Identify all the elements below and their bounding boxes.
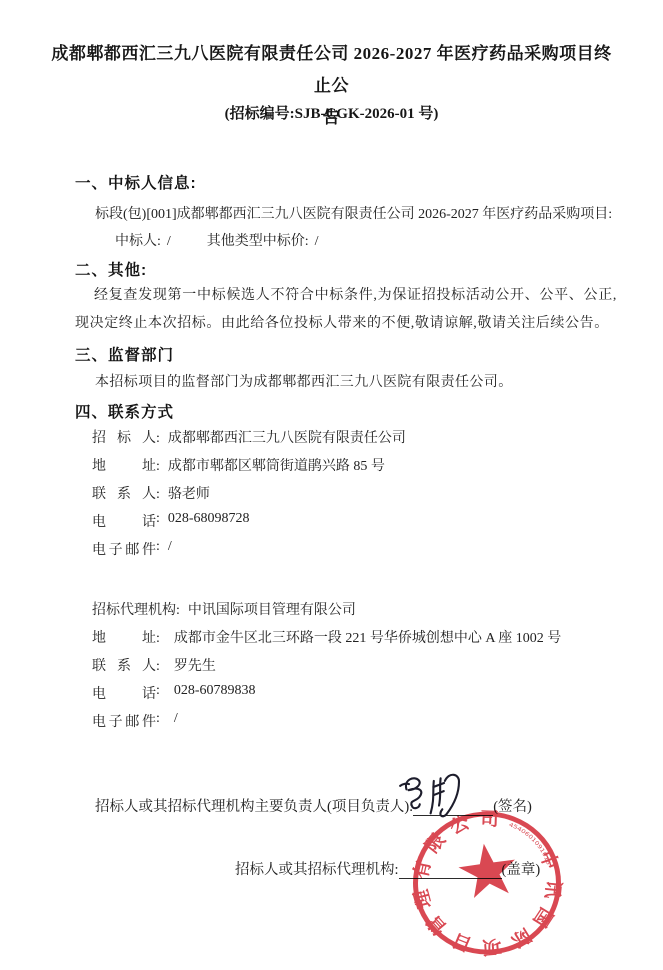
contact-row-email: 电子邮件:/ — [92, 711, 561, 739]
contact-value: 成都市郫都区郫筒街道鹃兴路 85 号 — [168, 459, 385, 474]
agency-contact-block: 招标代理机构:中讯国际项目管理有限公司 地址:成都市金牛区北三环路一段 221 … — [92, 599, 561, 739]
contact-row-person: 联系人:骆老师 — [92, 483, 406, 511]
contact-label: 电子邮件 — [92, 711, 156, 731]
contact-row-person: 联系人:罗先生 — [92, 655, 561, 683]
supervision-body: 本招标项目的监督部门为成都郫都西汇三九八医院有限责任公司。 — [95, 371, 513, 391]
section-heading-contact: 四、联系方式 — [75, 400, 174, 422]
contact-colon: : — [156, 631, 160, 646]
contact-label: 电话 — [92, 511, 156, 531]
contact-value: 成都郫都西汇三九八医院有限责任公司 — [168, 431, 406, 446]
contact-value: / — [168, 539, 172, 554]
winner-values-line: 中标人:/其他类型中标价:/ — [115, 230, 319, 250]
contact-colon: : — [156, 683, 160, 698]
contact-label: 电子邮件 — [92, 539, 156, 559]
contact-label: 招标人 — [92, 427, 156, 447]
contact-value: / — [174, 711, 178, 726]
agency-signoff-label: 招标人或其招标代理机构: — [235, 862, 399, 878]
price-value: / — [315, 234, 319, 249]
contact-value: 成都市金牛区北三环路一段 221 号华侨城创想中心 A 座 1002 号 — [174, 631, 561, 646]
contact-colon: : — [156, 459, 160, 474]
contact-row-email: 电子邮件:/ — [92, 539, 406, 567]
contact-row-phone: 电话:028-60789838 — [92, 683, 561, 711]
contact-colon: : — [156, 711, 160, 726]
announcement-document-page: 成都郫都西汇三九八医院有限责任公司 2026-2027 年医疗药品采购项目终止公… — [0, 0, 663, 970]
contact-value: 028-60789838 — [174, 683, 256, 698]
contact-row-address: 地址:成都市金牛区北三环路一段 221 号华侨城创想中心 A 座 1002 号 — [92, 627, 561, 655]
contact-value: 骆老师 — [168, 487, 210, 502]
seal-star-icon — [456, 840, 520, 900]
section-heading-other: 二、其他: — [75, 258, 147, 280]
contact-colon: : — [156, 511, 160, 526]
document-title-line1: 成都郫都西汇三九八医院有限责任公司 2026-2027 年医疗药品采购项目终止公 — [48, 38, 615, 102]
contact-label: 招标代理机构 — [92, 599, 176, 619]
section-heading-supervision: 三、监督部门 — [75, 343, 174, 365]
tenderer-contact-block: 招标人:成都郫都西汇三九八医院有限责任公司 地址:成都市郫都区郫筒街道鹃兴路 8… — [92, 427, 406, 567]
section-heading-winner-info: 一、中标人信息: — [75, 171, 197, 193]
contact-row-phone: 电话:028-68098728 — [92, 511, 406, 539]
winner-label: 中标人: — [115, 234, 161, 249]
contact-value: 罗先生 — [174, 659, 216, 674]
contact-colon: : — [176, 603, 180, 618]
responsible-person-label: 招标人或其招标代理机构主要负责人(项目负责人): — [95, 799, 413, 815]
winner-value: / — [167, 234, 171, 249]
contact-value: 028-68098728 — [168, 511, 250, 526]
lot-description-line: 标段(包)[001]成都郫都西汇三九八医院有限责任公司 2026-2027 年医… — [95, 203, 612, 223]
contact-label: 电话 — [92, 683, 156, 703]
termination-paragraph: 经复查发现第一中标候选人不符合中标条件,为保证招投标活动公开、公平、公正,现决定… — [75, 282, 617, 338]
contact-row-agency: 招标代理机构:中讯国际项目管理有限公司 — [92, 599, 561, 627]
contact-label: 地址 — [92, 455, 156, 475]
contact-colon: : — [156, 431, 160, 446]
bid-number-line: (招标编号:SJB-CGK-2026-01 号) — [0, 102, 663, 123]
price-label: 其他类型中标价: — [207, 234, 309, 249]
contact-value: 中讯国际项目管理有限公司 — [188, 603, 356, 618]
contact-colon: : — [156, 539, 160, 554]
contact-label: 联系人 — [92, 483, 156, 503]
company-seal-stamp: 中讯国际项目管理有限公司 4540601091016 — [403, 799, 571, 967]
contact-row-tenderer: 招标人:成都郫都西汇三九八医院有限责任公司 — [92, 427, 406, 455]
contact-label: 地址 — [92, 627, 156, 647]
contact-row-address: 地址:成都市郫都区郫筒街道鹃兴路 85 号 — [92, 455, 406, 483]
contact-label: 联系人 — [92, 655, 156, 675]
contact-colon: : — [156, 487, 160, 502]
contact-colon: : — [156, 659, 160, 674]
